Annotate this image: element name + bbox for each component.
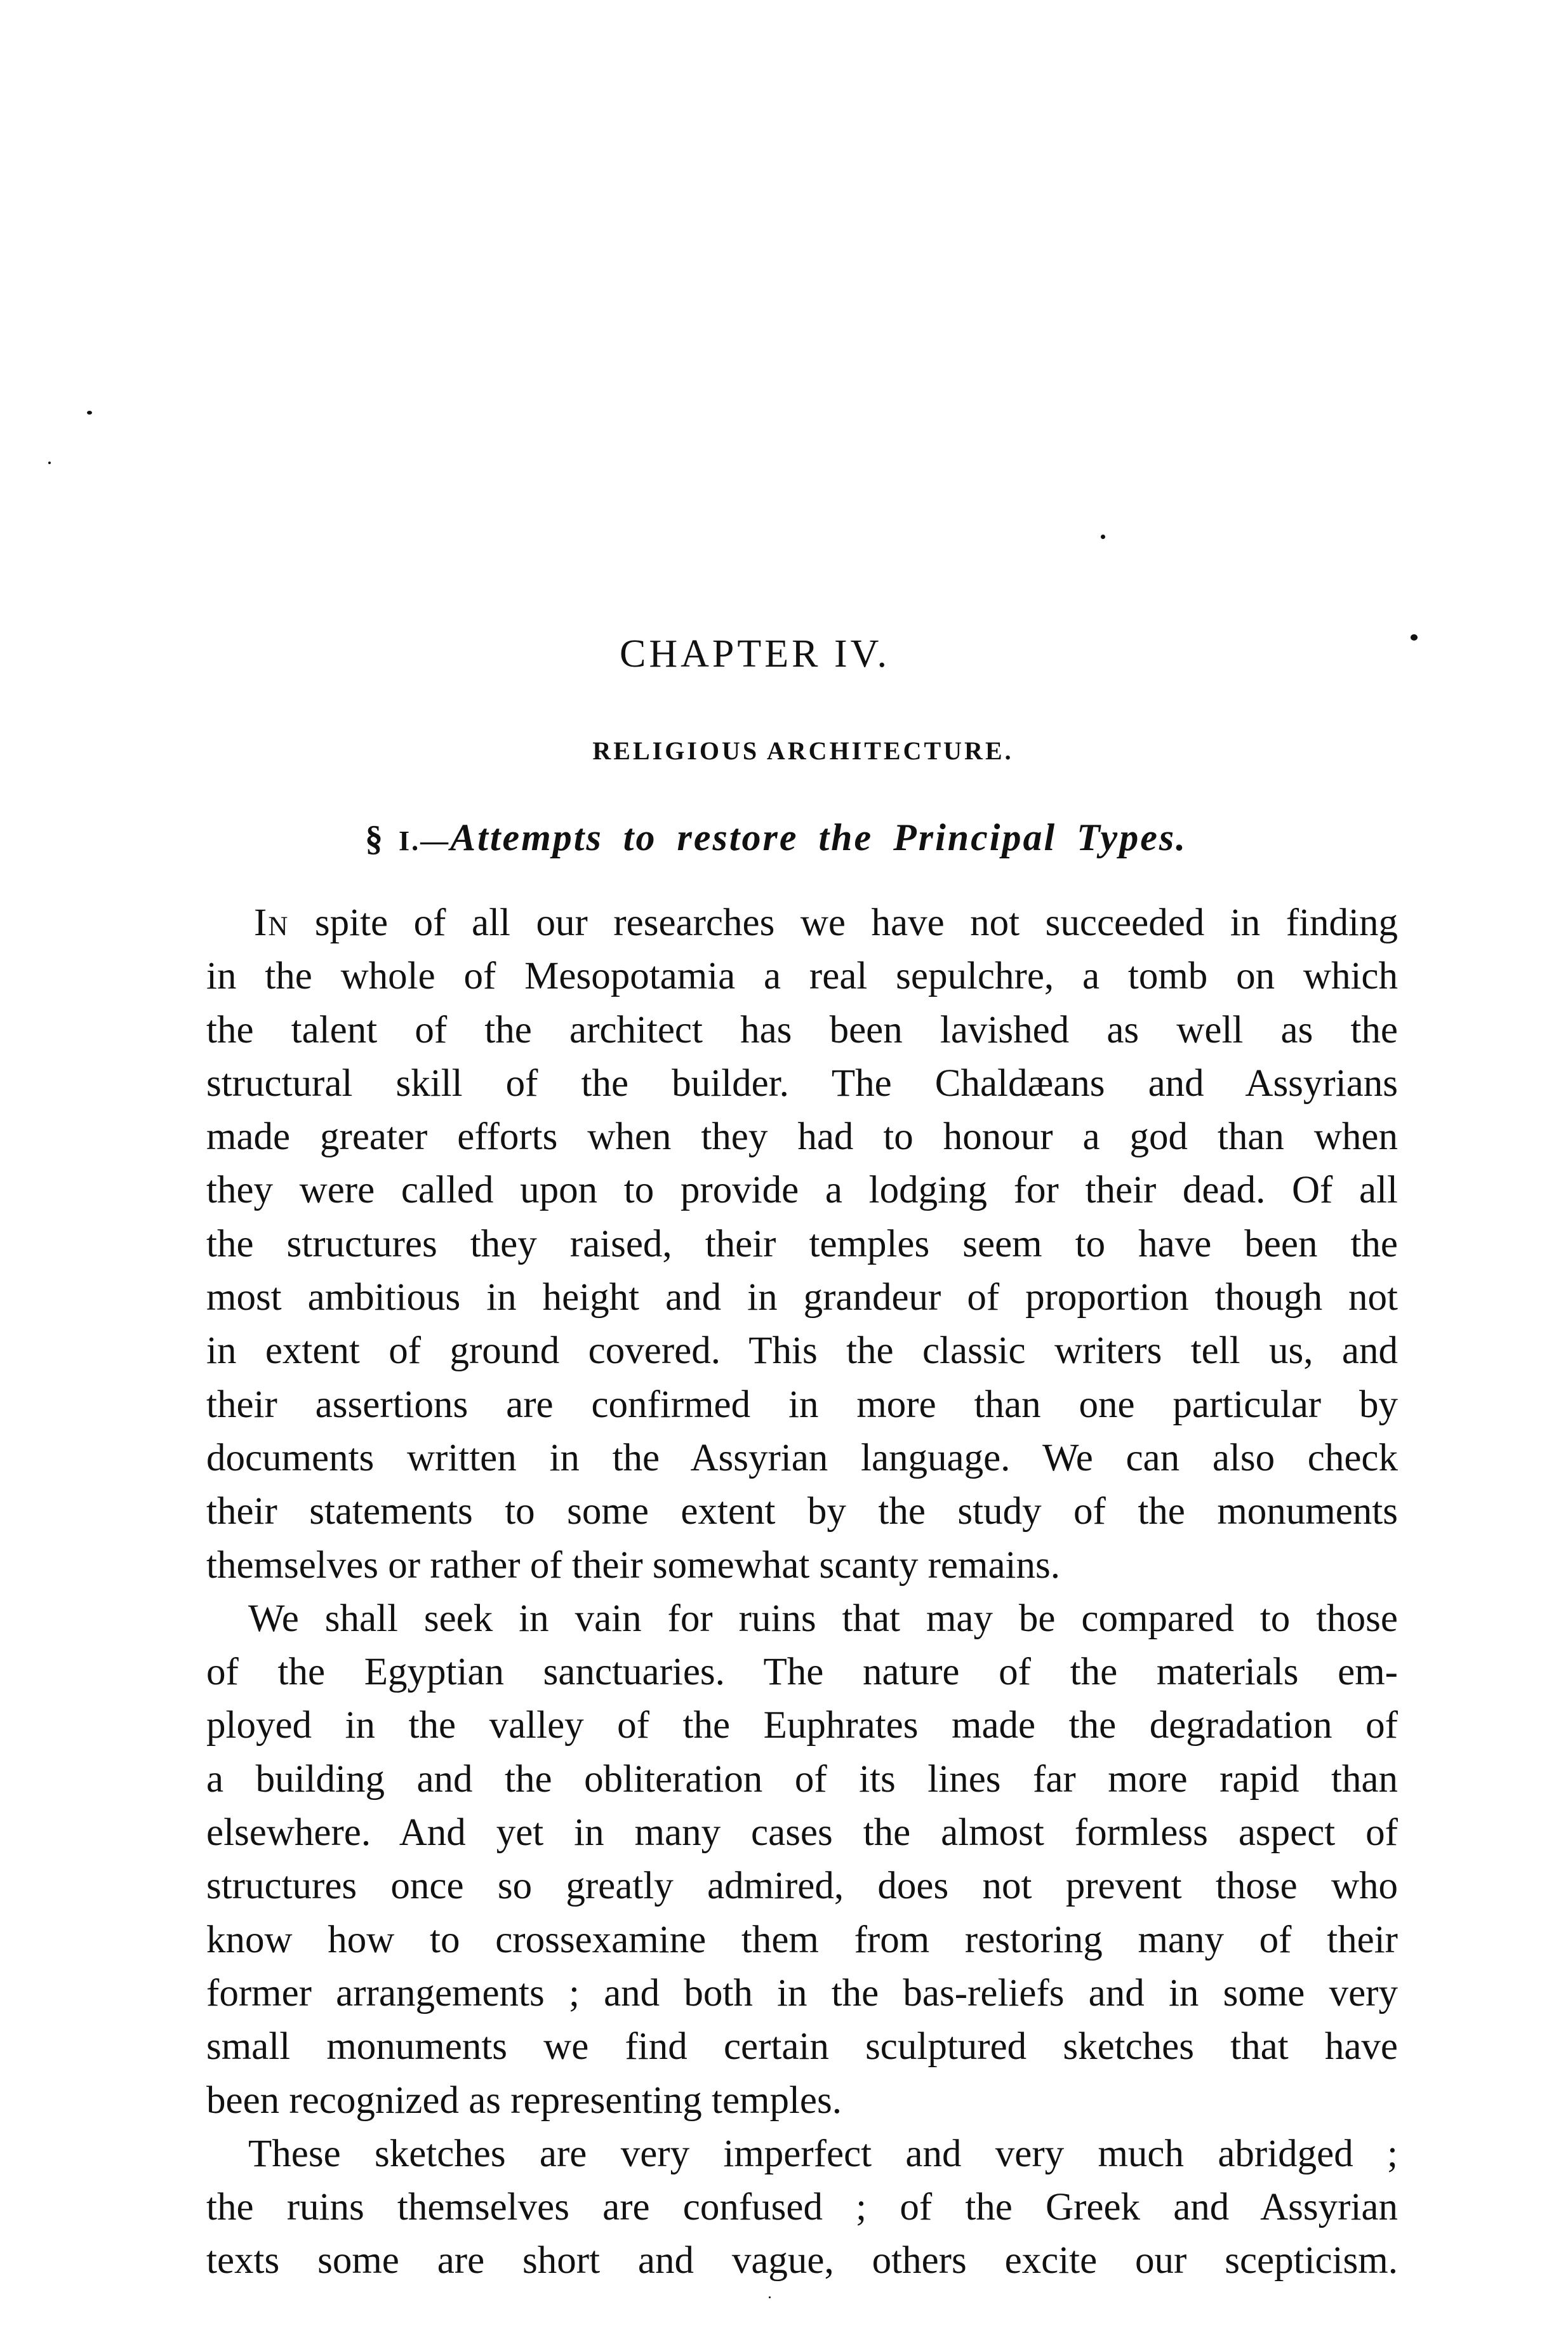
text-line: in the whole of Mesopotamia a real sepul… xyxy=(206,950,1398,1003)
text-line: These sketches are very imperfect and ve… xyxy=(206,2128,1398,2181)
text-line: small monuments we find certain sculptur… xyxy=(206,2020,1398,2074)
text-line: former arrangements ; and both in the ba… xyxy=(206,1967,1398,2020)
print-speck xyxy=(1101,535,1105,539)
section-title: Attempts to restore the Principal Types. xyxy=(450,816,1187,858)
text-line: documents written in the Assyrian langua… xyxy=(206,1432,1398,1485)
text-line: the ruins themselves are confused ; of t… xyxy=(206,2181,1398,2234)
section-number: I.— xyxy=(399,825,450,856)
paragraph-3: These sketches are very imperfect and ve… xyxy=(206,2128,1398,2288)
text-line: We shall seek in vain for ruins that may… xyxy=(206,1592,1398,1646)
text-line: most ambitious in height and in grandeur… xyxy=(206,1271,1398,1324)
text-line: their assertions are confirmed in more t… xyxy=(206,1378,1398,1432)
body-text: In spite of all our researches we have n… xyxy=(206,896,1398,2288)
chapter-subtitle: Religious Architecture. xyxy=(0,735,1568,767)
text-line: structures once so greatly admired, does… xyxy=(206,1860,1398,1913)
text-line: a building and the obliteration of its l… xyxy=(206,1753,1398,1806)
text-line: been recognized as representing temples. xyxy=(206,2074,1398,2128)
print-speck xyxy=(87,411,92,415)
text-line: In spite of all our researches we have n… xyxy=(206,896,1398,950)
book-page: CHAPTER IV. Religious Architecture. §I.—… xyxy=(0,0,1568,2344)
text-line: the structures they raised, their temple… xyxy=(206,1218,1398,1271)
section-mark: § xyxy=(365,819,385,858)
text-line: of the Egyptian sanctuaries. The nature … xyxy=(206,1646,1398,1699)
text-line: know how to crossexamine them from resto… xyxy=(206,1914,1398,1967)
text-line: their statements to some extent by the s… xyxy=(206,1485,1398,1538)
lead-word: In xyxy=(254,902,289,944)
paragraph-1: In spite of all our researches we have n… xyxy=(206,896,1398,1592)
text-line: structural skill of the builder. The Cha… xyxy=(206,1057,1398,1110)
text-line: texts some are short and vague, others e… xyxy=(206,2234,1398,2287)
text-line: made greater efforts when they had to ho… xyxy=(206,1110,1398,1164)
text-line: in extent of ground covered. This the cl… xyxy=(206,1324,1398,1378)
chapter-title: CHAPTER IV. xyxy=(0,629,1510,679)
print-speck xyxy=(769,2296,771,2298)
text-line: they were called upon to provide a lodgi… xyxy=(206,1164,1398,1217)
text-line: ployed in the valley of the Euphrates ma… xyxy=(206,1699,1398,1752)
section-heading: §I.—Attempts to restore the Principal Ty… xyxy=(365,814,1279,865)
text-line: themselves or rather of their somewhat s… xyxy=(206,1539,1398,1592)
paragraph-2: We shall seek in vain for ruins that may… xyxy=(206,1592,1398,2128)
text-line: the talent of the architect has been lav… xyxy=(206,1004,1398,1057)
text-line: elsewhere. And yet in many cases the alm… xyxy=(206,1806,1398,1860)
print-speck xyxy=(48,462,51,464)
